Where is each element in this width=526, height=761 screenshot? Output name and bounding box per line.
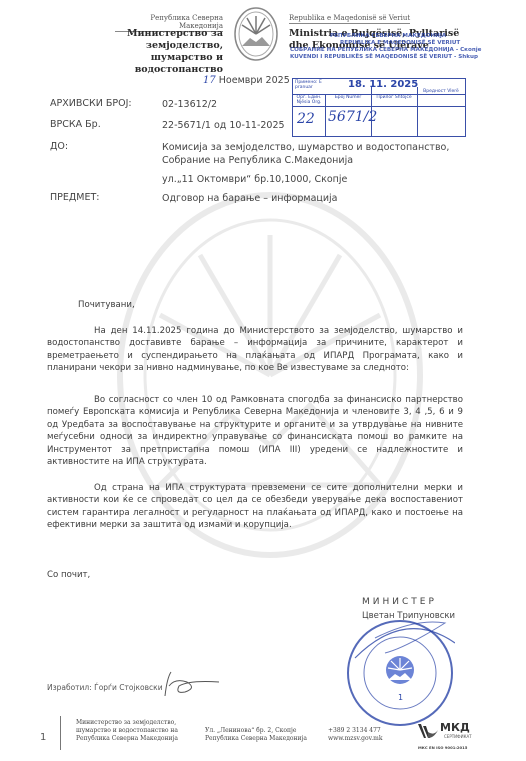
footer-address-line1: Ул. „Ленинова“ бр. 2, Скопје: [205, 727, 307, 735]
recipient-label: ДО:: [50, 141, 68, 152]
stamp-line4: KUVENDI I REPUBLIKËS SË MAQEDONISË SË VE…: [290, 54, 481, 61]
stamp-col-number-label: Број Numër: [327, 95, 369, 100]
recipient-address: ул.„11 Октомври“ бр.10,1000, Скопје: [162, 173, 449, 186]
recipient-line2: Собрание на Република С.Македонија: [162, 154, 449, 167]
reference-value: 22-5671/1 од 10-11-2025: [162, 119, 285, 132]
footer-address-line2: Република Северна Македонија: [205, 735, 307, 743]
paragraph-1: На ден 14.11.2025 година до Министерство…: [47, 325, 463, 375]
signature-title: МИНИСТЕР: [362, 597, 437, 607]
footer-ministry-line3: Република Северна Македонија: [76, 735, 178, 743]
receipt-stamp-box: Примено: E pranuar 18. 11. 2025 Орг. Еди…: [292, 78, 466, 137]
official-seal-icon: 1: [345, 618, 455, 728]
subject-value: Одговор на барање – информација: [162, 192, 338, 205]
date-day-handwritten: 17: [203, 75, 216, 86]
footer-ministry-line2: шумарство и водостопанство на: [76, 727, 178, 735]
cert-brand: МКД: [440, 721, 470, 734]
header-ministry-mk: Министерство за земјоделство, шумарство …: [60, 28, 223, 76]
document-date: 17 Ноември 2025: [203, 75, 290, 86]
stamp-received-date: 18. 11. 2025: [348, 79, 418, 90]
preparer-signature-icon: [157, 668, 222, 698]
header-ministry-mk-line1: Министерство за земјоделство,: [60, 28, 223, 52]
header-ministry-mk-line2: шумарство и водостопанство: [60, 52, 223, 76]
svg-text:1: 1: [398, 693, 403, 702]
stamp-org-unit: 22: [297, 111, 315, 127]
cert-sub: СЕРТИФИКАТ: [444, 734, 472, 739]
certification-logo-icon: [416, 722, 438, 740]
stamp-line1: РЕПУБЛИКА СЕВЕРНА МАКЕДОНИЈА: [290, 33, 481, 40]
greeting: Почитувани,: [78, 299, 135, 311]
coat-of-arms-icon: [233, 6, 279, 62]
subject-label: ПРЕДМЕТ:: [50, 192, 100, 203]
footer-divider: [60, 716, 61, 750]
footer-contact: +389 2 3134 477 www.mzsv.gov.mk: [328, 727, 382, 743]
footer-ministry-line1: Министерство за земјоделство,: [76, 719, 178, 727]
stamp-col-org-label: Орг. Един. Njësia Org.: [295, 95, 323, 105]
stamp-number: 5671/2: [328, 109, 377, 125]
stamp-col-value-label: Вредност Vlerë: [419, 89, 463, 94]
recipient-line1: Комисија за земјоделство, шумарство и во…: [162, 141, 449, 154]
archive-number-value: 02-13612/2: [162, 98, 217, 111]
archive-number-label: АРХИВСКИ БРОЈ:: [50, 98, 132, 109]
footer-ministry: Министерство за земјоделство, шумарство …: [76, 719, 178, 743]
paragraph-3: Од страна на ИПА структурата превземени …: [47, 482, 463, 532]
receipt-stamp-header: РЕПУБЛИКА СЕВЕРНА МАКЕДОНИЈА REPUBLIKA E…: [290, 33, 481, 61]
page-number: 1: [40, 732, 46, 743]
footer-website[interactable]: www.mzsv.gov.mk: [328, 735, 382, 743]
stamp-received-label: Примено: E pranuar: [295, 80, 323, 90]
footer-phone: +389 2 3134 477: [328, 727, 382, 735]
stamp-col-attach-label: Прилог Shtojcë: [373, 95, 415, 100]
paragraph-2: Во согласност со член 10 од Рамковната с…: [47, 394, 463, 468]
header-country-al: Republika e Maqedonisë së Veriut: [289, 14, 410, 24]
stamp-line2: REPUBLIKA E MAQEDONISË SË VERIUT: [290, 40, 481, 47]
cert-standard: МКС EN ISO 9001:2015: [418, 745, 467, 750]
stamp-line3: СОБРАНИЕ НА РЕПУБЛИКА СЕВЕРНА МАКЕДОНИЈА…: [290, 47, 481, 54]
date-month-year: Ноември 2025: [219, 75, 290, 86]
reference-label: ВРСКА Бр.: [50, 119, 101, 130]
closing: Со почит,: [47, 569, 90, 581]
footer-address: Ул. „Ленинова“ бр. 2, Скопје Република С…: [205, 727, 307, 743]
recipient-block: Комисија за земјоделство, шумарство и во…: [162, 141, 449, 186]
prepared-by: Изработил: Ѓорѓи Стојковски: [47, 683, 163, 692]
